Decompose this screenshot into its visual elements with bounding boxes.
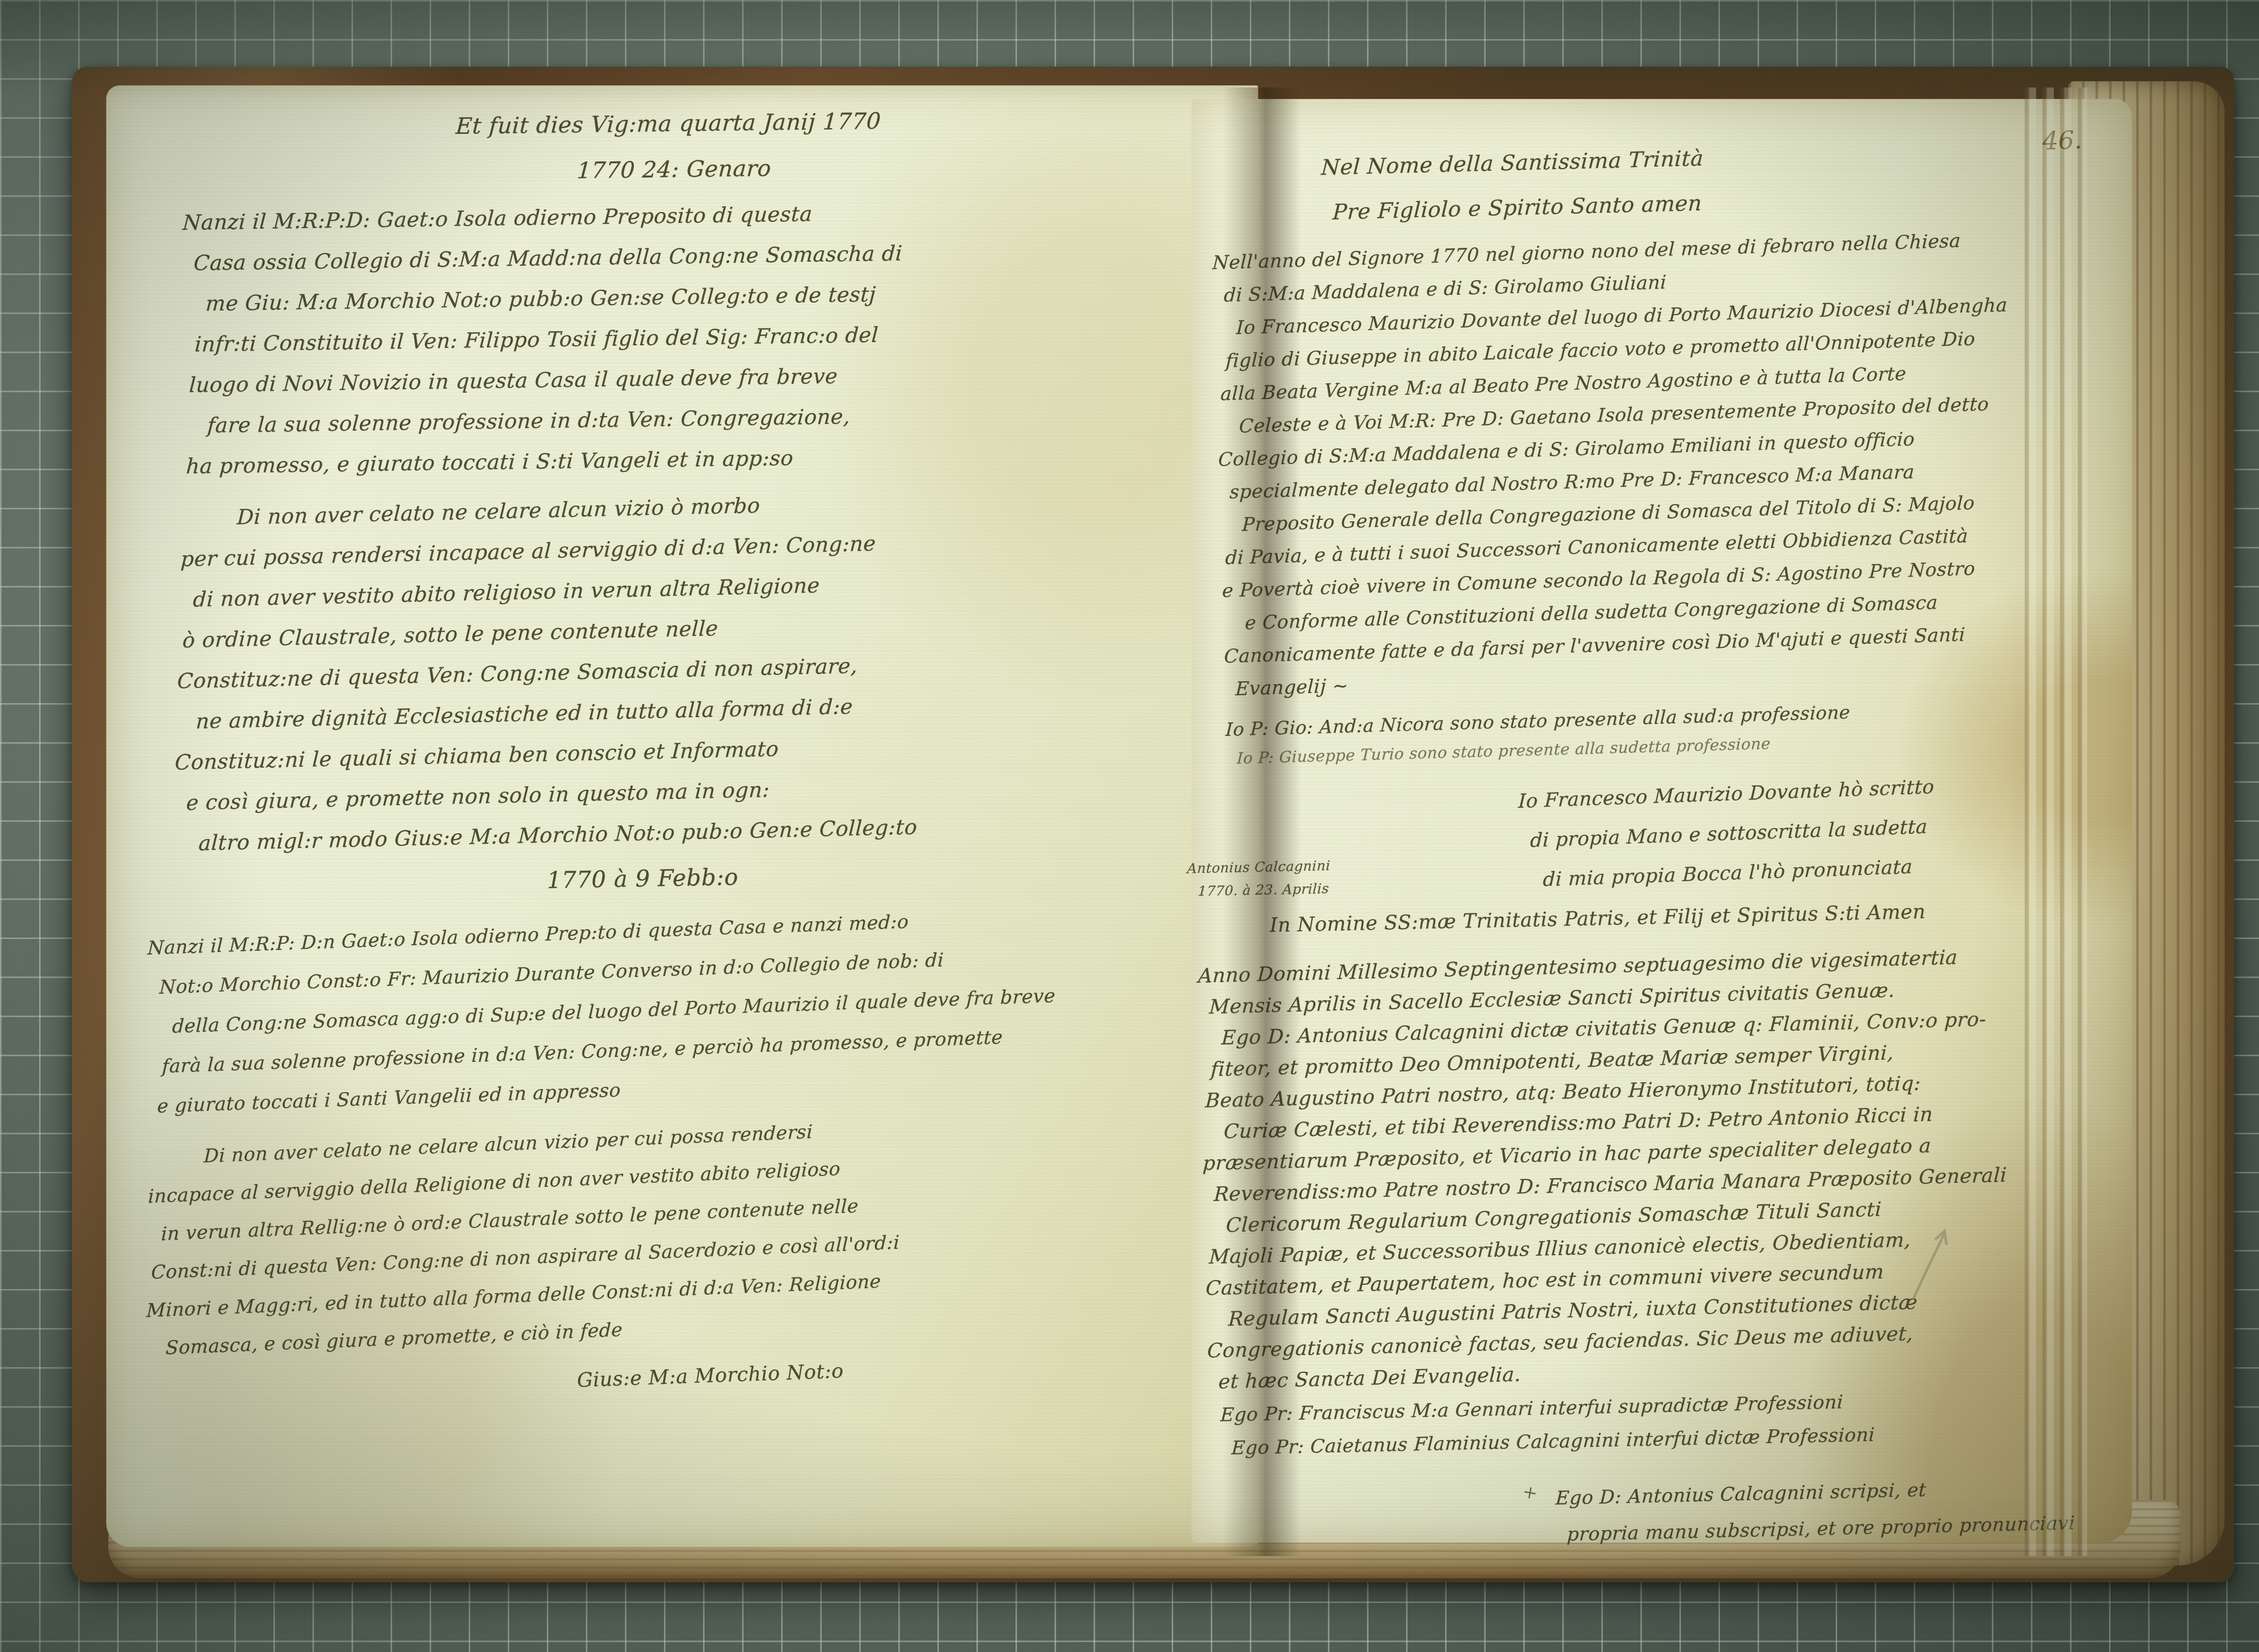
left-page-heading: Et fuit dies Vig:ma quarta Janij 1770177… [278,96,1060,197]
cross-mark: + [1521,1481,1539,1504]
pencil-arrow-mark [1903,1224,1960,1302]
left-page-date-line: 1770 à 9 Febb:o [106,856,1179,902]
margin-note: Antonius Calcagnini1770. à 23. Aprilis [1187,853,1412,904]
left-page-paragraph-1: Nanzi il M:R:P:D: Gaet:o Isola odierno P… [182,189,1165,487]
left-page: Et fuit dies Vig:ma quarta Janij 1770177… [106,85,1258,1547]
left-page-paragraph-2: Di non aver celato ne celare alcun vizio… [169,476,1171,864]
scribe-closing-subscription: Ego D: Antonius Calcagnini scripsi, etpr… [1555,1467,2145,1554]
notary-signature: Gius:e M:a Morchio Not:o [450,1355,971,1396]
professed-autograph: Io Francesco Maurizio Dovante hò scritto… [1517,762,2084,900]
left-page-paragraph-4: Di non aver celato ne celare alcun vizio… [135,1098,1185,1368]
latin-invocation: In Nomine SS:mæ Trinitatis Patris, et Fi… [1270,897,2082,937]
handwritten-line: 1770 à 9 Febb:o [547,864,738,894]
right-page-invocation: Nel Nome della Santissima TrinitàPre Fig… [1321,128,2031,234]
handwritten-line: In Nomine SS:mæ Trinitatis Patris, et Fi… [1270,900,1926,936]
handwritten-line: 1770 24: Genaro [287,142,1061,197]
folio-number: 46. [2042,126,2082,156]
right-page: 46. Nel Nome della Santissima TrinitàPre… [1191,99,2132,1543]
handwritten-line: 1770. à 23. Aprilis [1197,875,1412,903]
witness-attestations: Io P: Gio: And:a Nicora sono stato prese… [1225,691,2117,774]
latin-vow-text: Anno Domini Millesimo Septingentesimo se… [1198,938,2125,1398]
left-page-paragraph-3: Nanzi il M:R:P: D:n Gaet:o Isola odierno… [147,893,1184,1127]
right-page-vow-text: Nell'anno del Signore 1770 nel giorno no… [1212,220,2126,706]
manuscript-photo: Et fuit dies Vig:ma quarta Janij 1770177… [0,0,2259,1652]
handwritten-line: Gius:e M:a Morchio Not:o [576,1359,844,1392]
manuscript-book: Et fuit dies Vig:ma quarta Janij 1770177… [72,67,2234,1582]
